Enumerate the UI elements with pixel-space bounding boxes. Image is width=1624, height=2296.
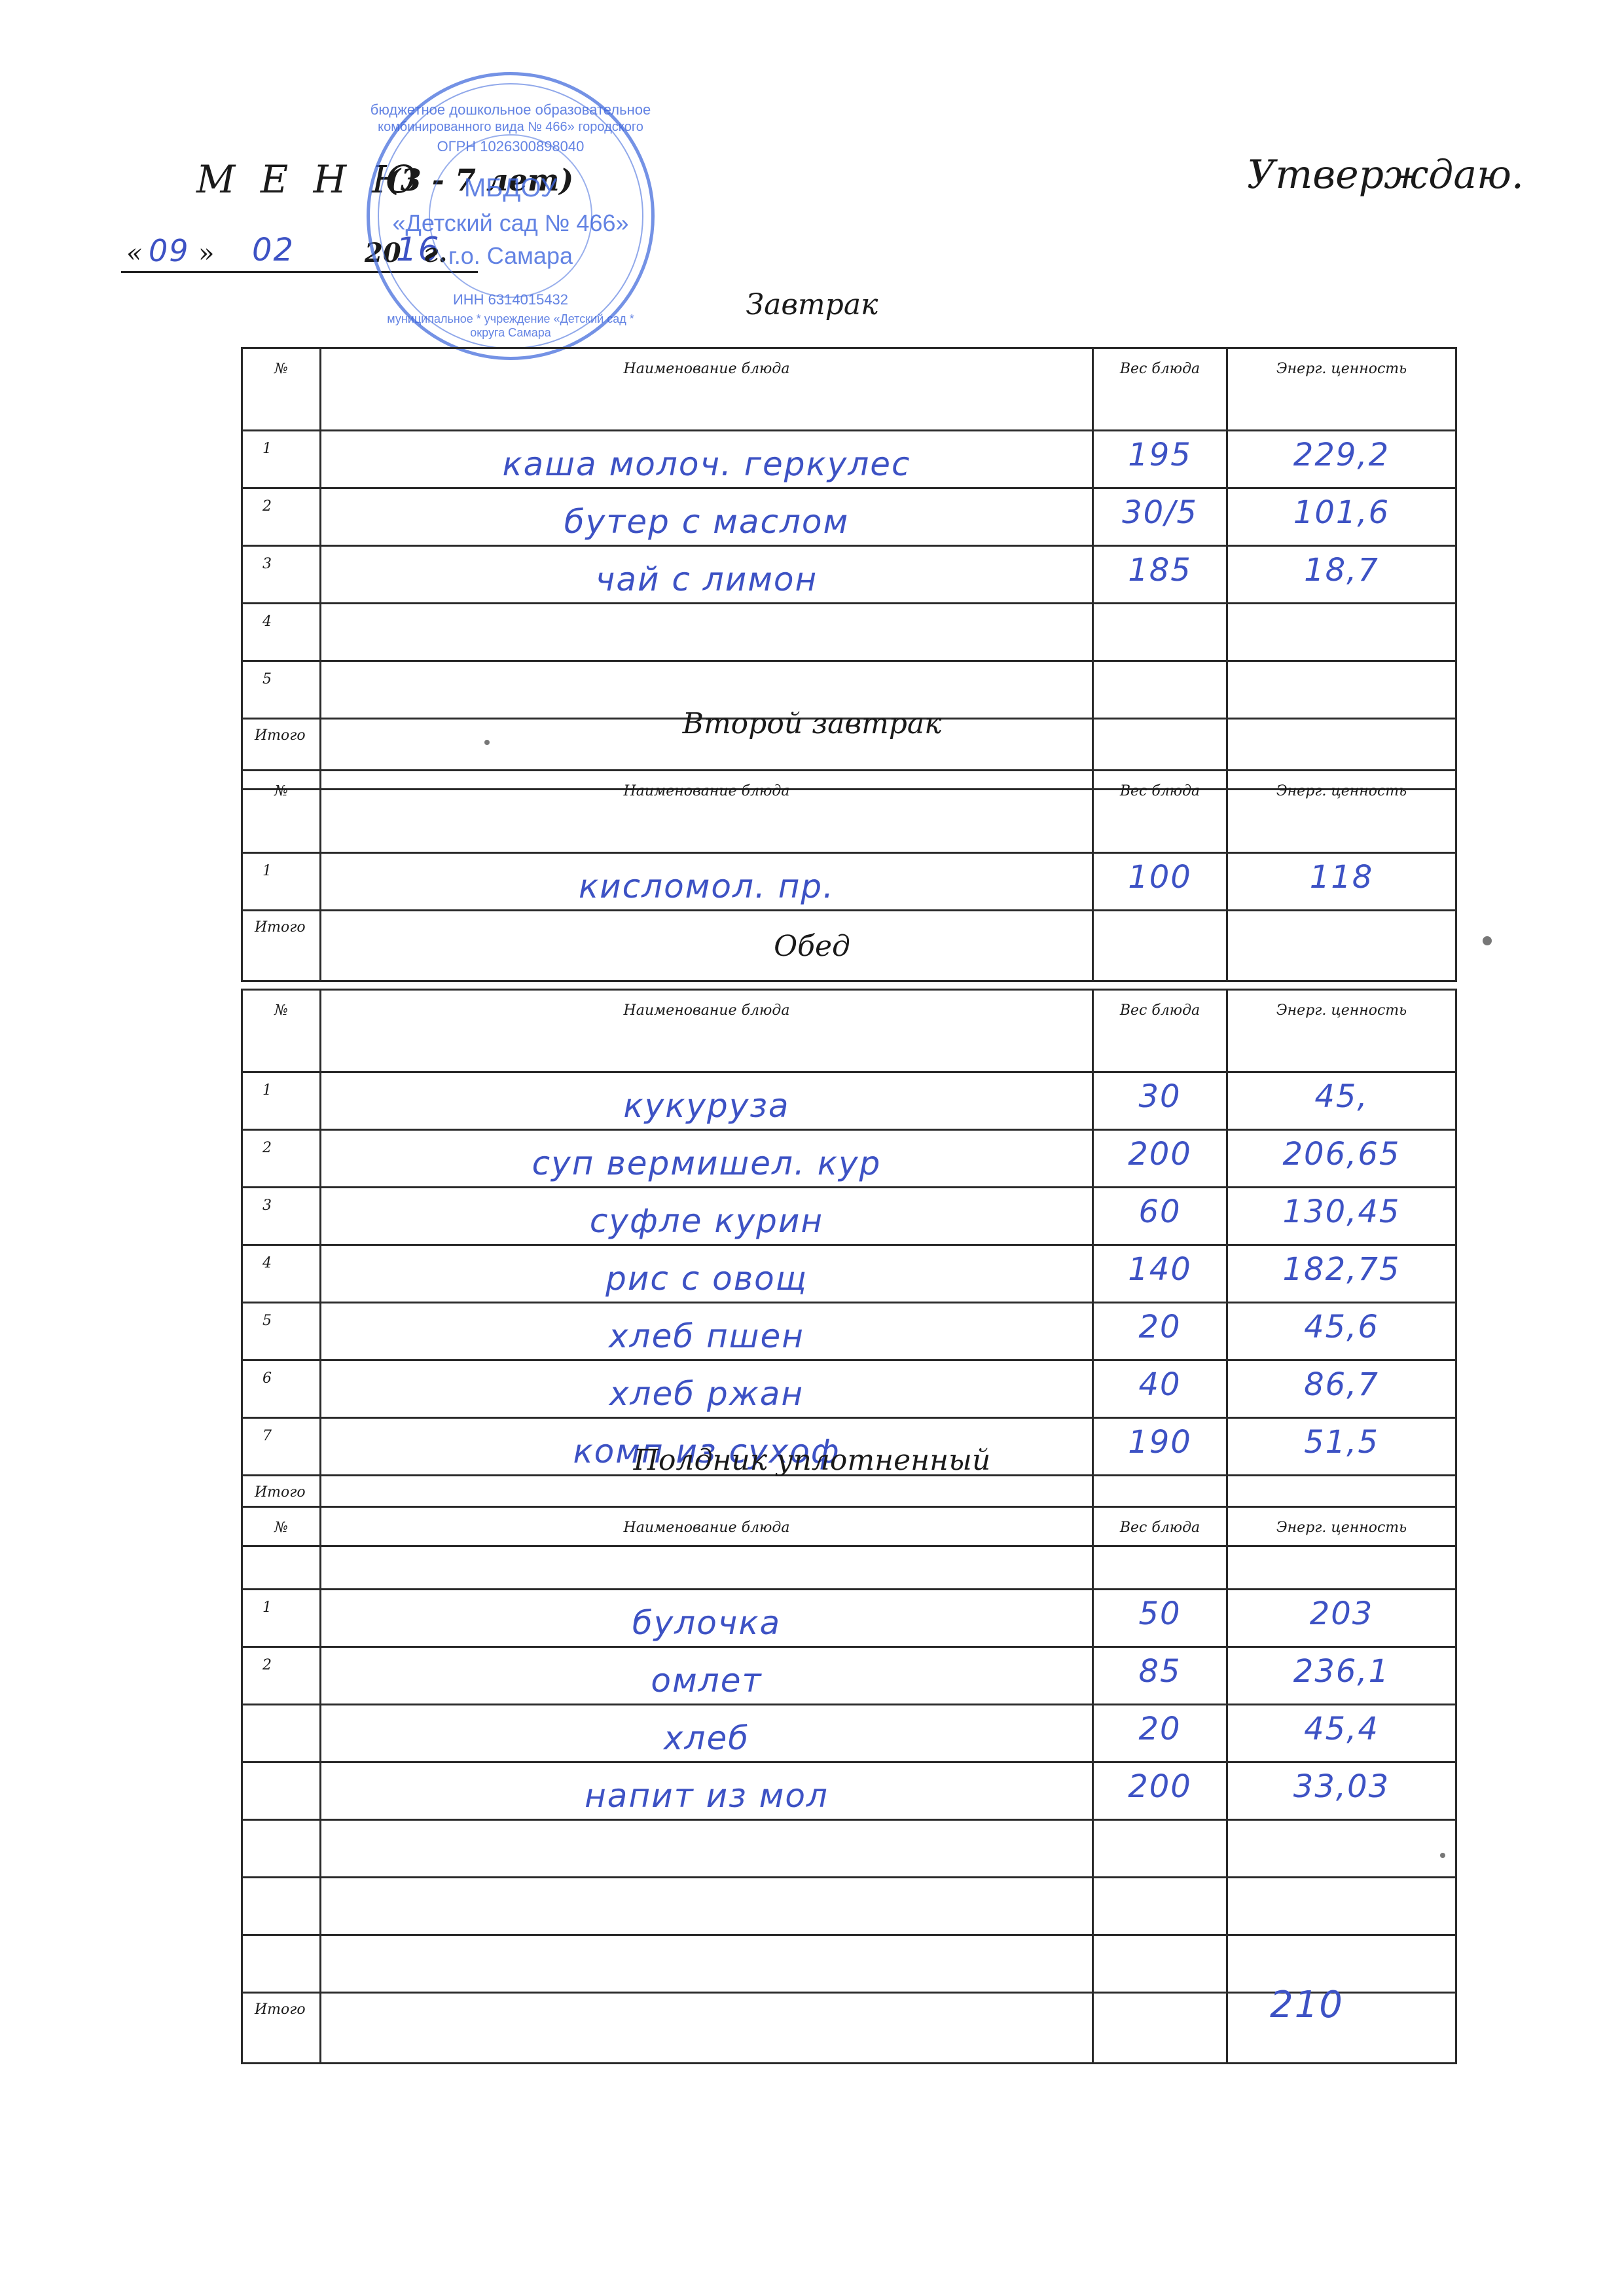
total-label: Итого: [255, 2001, 306, 2018]
table-row: напит из мол20033,03: [242, 1762, 1456, 1820]
cell-weight: 50: [1093, 1590, 1227, 1647]
cell-energy: 182,75: [1227, 1245, 1456, 1303]
cell-num: 4: [242, 604, 321, 661]
col-header-weight: Вес блюда: [1093, 1507, 1227, 1590]
date-close-quote: »: [198, 238, 214, 268]
dish-name: омлет: [321, 1662, 1092, 1700]
cell-weight: 30: [1093, 1072, 1227, 1130]
cell-num: 1: [242, 1590, 321, 1647]
dish-weight: 20: [1094, 1711, 1226, 1747]
stamp-org-abbrev: МБДОУ: [370, 173, 651, 203]
dish-weight: 20: [1094, 1309, 1226, 1345]
table-header-row: №Наименование блюдаВес блюдаЭнерг. ценно…: [242, 348, 1456, 431]
approval-label: Утверждаю.: [1247, 152, 1524, 198]
page-number: 210: [1270, 1984, 1344, 2026]
dish-weight: 85: [1094, 1653, 1226, 1690]
table-row: 4: [242, 604, 1456, 661]
col-header-weight: Вес блюда: [1093, 348, 1227, 431]
cell-num: 5: [242, 1303, 321, 1360]
scan-speck: [484, 740, 490, 745]
section-title-afternoon-snack: Полдник уплотненный: [0, 1444, 1624, 1477]
cell-energy: 101,6: [1227, 488, 1456, 546]
cell-dish-name: булочка: [321, 1590, 1093, 1647]
cell-dish-name: чай с лимон: [321, 546, 1093, 604]
total-name-cell: [321, 1993, 1093, 2064]
row-number: 6: [262, 1370, 272, 1387]
row-number: 1: [262, 441, 272, 457]
col-header-energy: Энерг. ценность: [1227, 990, 1456, 1072]
dish-weight: 140: [1094, 1251, 1226, 1288]
cell-energy: 206,65: [1227, 1130, 1456, 1188]
section-title-lunch: Обед: [0, 930, 1624, 963]
row-number: 2: [262, 498, 272, 515]
section-title-breakfast: Завтрак: [0, 288, 1624, 321]
col-header-name: Наименование блюда: [321, 990, 1093, 1072]
dish-weight: 30/5: [1094, 494, 1226, 531]
table-row: 3суфле курин60130,45: [242, 1188, 1456, 1245]
cell-energy: [1227, 604, 1456, 661]
row-number: 4: [262, 613, 272, 630]
stamp-ring-text: комбинированного вида № 466» городского: [370, 120, 651, 135]
table-row: 3чай с лимон18518,7: [242, 546, 1456, 604]
dish-energy: 101,6: [1228, 494, 1455, 531]
cell-weight: [1093, 1820, 1227, 1878]
dish-weight: 60: [1094, 1194, 1226, 1230]
col-header-energy: Энерг. ценность: [1227, 348, 1456, 431]
col-header-num: №: [242, 771, 321, 853]
cell-dish-name: бутер с маслом: [321, 488, 1093, 546]
dish-name: булочка: [321, 1604, 1092, 1642]
table-row: 2бутер с маслом30/5101,6: [242, 488, 1456, 546]
cell-energy: 130,45: [1227, 1188, 1456, 1245]
cell-dish-name: [321, 1935, 1093, 1993]
dish-name: кукуруза: [321, 1087, 1092, 1125]
cell-dish-name: хлеб ржан: [321, 1360, 1093, 1418]
table-row: 1кисломол. пр.100118: [242, 853, 1456, 911]
table-row: 1булочка50203: [242, 1590, 1456, 1647]
cell-dish-name: хлеб: [321, 1705, 1093, 1762]
table-row: [242, 1878, 1456, 1935]
table-row: 4рис с овощ140182,75: [242, 1245, 1456, 1303]
cell-num: [242, 1820, 321, 1878]
dish-energy: 203: [1228, 1595, 1455, 1632]
col-header-weight: Вес блюда: [1093, 771, 1227, 853]
cell-dish-name: напит из мол: [321, 1762, 1093, 1820]
cell-weight: 60: [1093, 1188, 1227, 1245]
row-number: 3: [262, 556, 272, 572]
cell-energy: [1227, 1878, 1456, 1935]
row-number: 1: [262, 1082, 272, 1099]
cell-energy: 236,1: [1227, 1647, 1456, 1705]
cell-weight: 20: [1093, 1303, 1227, 1360]
cell-energy: 45,6: [1227, 1303, 1456, 1360]
cell-dish-name: рис с овощ: [321, 1245, 1093, 1303]
cell-weight: [1093, 1878, 1227, 1935]
table-row: 2суп вермишел. кур200206,65: [242, 1130, 1456, 1188]
cell-dish-name: кукуруза: [321, 1072, 1093, 1130]
cell-dish-name: [321, 1878, 1093, 1935]
cell-weight: 20: [1093, 1705, 1227, 1762]
row-number: 1: [262, 863, 272, 879]
dish-energy: 86,7: [1228, 1366, 1455, 1403]
cell-energy: 33,03: [1227, 1762, 1456, 1820]
scan-speck: [1440, 1853, 1445, 1858]
cell-weight: 140: [1093, 1245, 1227, 1303]
dish-energy: 33,03: [1228, 1768, 1455, 1805]
cell-dish-name: хлеб пшен: [321, 1303, 1093, 1360]
col-header-name: Наименование блюда: [321, 771, 1093, 853]
row-number: 3: [262, 1197, 272, 1214]
dish-energy: 206,65: [1228, 1136, 1455, 1173]
cell-weight: 195: [1093, 431, 1227, 488]
scan-speck: [1483, 936, 1492, 945]
col-header-weight: Вес блюда: [1093, 990, 1227, 1072]
cell-energy: [1227, 1820, 1456, 1878]
cell-energy: 118: [1227, 853, 1456, 911]
dish-name: чай с лимон: [321, 560, 1092, 598]
row-number: 7: [262, 1428, 272, 1444]
cell-dish-name: [321, 1820, 1093, 1878]
dish-weight: 195: [1094, 437, 1226, 473]
stamp-ring-text: бюджетное дошкольное образовательное: [370, 101, 651, 118]
row-number: 5: [262, 1313, 272, 1329]
cell-energy: 203: [1227, 1590, 1456, 1647]
dish-name: суп вермишел. кур: [321, 1144, 1092, 1182]
dish-energy: 45,: [1228, 1078, 1455, 1115]
date-month: 02: [252, 232, 295, 268]
dish-name: суфле курин: [321, 1202, 1092, 1240]
col-header-energy: Энерг. ценность: [1227, 1507, 1456, 1590]
cell-energy: 45,: [1227, 1072, 1456, 1130]
cell-num: 6: [242, 1360, 321, 1418]
table-header-row: №Наименование блюдаВес блюдаЭнерг. ценно…: [242, 1507, 1456, 1590]
dish-weight: 50: [1094, 1595, 1226, 1632]
cell-weight: [1093, 604, 1227, 661]
dish-energy: 130,45: [1228, 1194, 1455, 1230]
cell-weight: 200: [1093, 1762, 1227, 1820]
row-number: 5: [262, 671, 272, 687]
cell-dish-name: суфле курин: [321, 1188, 1093, 1245]
cell-num: 3: [242, 546, 321, 604]
stamp-city: г.о. Самара: [370, 242, 651, 270]
cell-num: [242, 1705, 321, 1762]
cell-dish-name: кисломол. пр.: [321, 853, 1093, 911]
dish-energy: 45,6: [1228, 1309, 1455, 1345]
cell-num: 1: [242, 1072, 321, 1130]
col-header-num: №: [242, 1507, 321, 1590]
cell-energy: 229,2: [1227, 431, 1456, 488]
dish-energy: 118: [1228, 859, 1455, 896]
row-number: 1: [262, 1599, 272, 1616]
date-day: 09: [149, 233, 190, 268]
col-header-name: Наименование блюда: [321, 348, 1093, 431]
table-row: 1кукуруза3045,: [242, 1072, 1456, 1130]
date-open-quote: «: [126, 238, 142, 268]
stamp-org-name: «Детский сад № 466»: [370, 210, 651, 237]
cell-num: 2: [242, 488, 321, 546]
table-row: 5хлеб пшен2045,6: [242, 1303, 1456, 1360]
table-row: [242, 1820, 1456, 1878]
table-row: 2омлет85236,1: [242, 1647, 1456, 1705]
dish-weight: 30: [1094, 1078, 1226, 1115]
table-row: хлеб2045,4: [242, 1705, 1456, 1762]
dish-name: бутер с маслом: [321, 503, 1092, 541]
dish-energy: 229,2: [1228, 437, 1455, 473]
col-header-num: №: [242, 348, 321, 431]
cell-weight: 185: [1093, 546, 1227, 604]
dish-weight: 100: [1094, 859, 1226, 896]
dish-weight: 185: [1094, 552, 1226, 589]
cell-num: 4: [242, 1245, 321, 1303]
afternoon-snack-table: №Наименование блюдаВес блюдаЭнерг. ценно…: [241, 1506, 1457, 2064]
cell-num: 3: [242, 1188, 321, 1245]
dish-name: рис с овощ: [321, 1260, 1092, 1298]
cell-weight: 30/5: [1093, 488, 1227, 546]
cell-energy: 86,7: [1227, 1360, 1456, 1418]
cell-energy: 18,7: [1227, 546, 1456, 604]
table-row: 1каша молоч. геркулес195229,2: [242, 431, 1456, 488]
row-number: 2: [262, 1657, 272, 1673]
section-title-second-breakfast: Второй завтрак: [0, 707, 1624, 740]
col-header-name: Наименование блюда: [321, 1507, 1093, 1590]
cell-dish-name: [321, 604, 1093, 661]
stamp-ogrn: ОГРН 1026300898040: [370, 138, 651, 155]
dish-name: кисломол. пр.: [321, 867, 1092, 905]
cell-dish-name: суп вермишел. кур: [321, 1130, 1093, 1188]
cell-num: [242, 1878, 321, 1935]
col-header-energy: Энерг. ценность: [1227, 771, 1456, 853]
table-header-row: №Наименование блюдаВес блюдаЭнерг. ценно…: [242, 771, 1456, 853]
dish-name: хлеб пшен: [321, 1317, 1092, 1355]
col-header-num: №: [242, 990, 321, 1072]
total-weight-cell: [1093, 1993, 1227, 2064]
cell-num: [242, 1762, 321, 1820]
total-label: Итого: [255, 1484, 306, 1501]
dish-energy: 236,1: [1228, 1653, 1455, 1690]
dish-name: каша молоч. геркулес: [321, 445, 1092, 483]
row-number: 2: [262, 1140, 272, 1156]
dish-energy: 182,75: [1228, 1251, 1455, 1288]
dish-energy: 45,4: [1228, 1711, 1455, 1747]
dish-name: напит из мол: [321, 1777, 1092, 1815]
table-header-row: №Наименование блюдаВес блюдаЭнерг. ценно…: [242, 990, 1456, 1072]
cell-weight: [1093, 1935, 1227, 1993]
table-row: 6хлеб ржан4086,7: [242, 1360, 1456, 1418]
cell-energy: 45,4: [1227, 1705, 1456, 1762]
row-number: 4: [262, 1255, 272, 1271]
dish-weight: 200: [1094, 1136, 1226, 1173]
cell-num: 1: [242, 431, 321, 488]
cell-weight: 40: [1093, 1360, 1227, 1418]
cell-weight: 85: [1093, 1647, 1227, 1705]
cell-weight: 100: [1093, 853, 1227, 911]
cell-num: [242, 1935, 321, 1993]
dish-weight: 40: [1094, 1366, 1226, 1403]
dish-name: хлеб: [321, 1719, 1092, 1757]
cell-dish-name: каша молоч. геркулес: [321, 431, 1093, 488]
dish-weight: 200: [1094, 1768, 1226, 1805]
cell-num: 1: [242, 853, 321, 911]
cell-num: 2: [242, 1647, 321, 1705]
dish-name: хлеб ржан: [321, 1375, 1092, 1413]
cell-dish-name: омлет: [321, 1647, 1093, 1705]
cell-num: 2: [242, 1130, 321, 1188]
dish-energy: 18,7: [1228, 552, 1455, 589]
cell-weight: 200: [1093, 1130, 1227, 1188]
